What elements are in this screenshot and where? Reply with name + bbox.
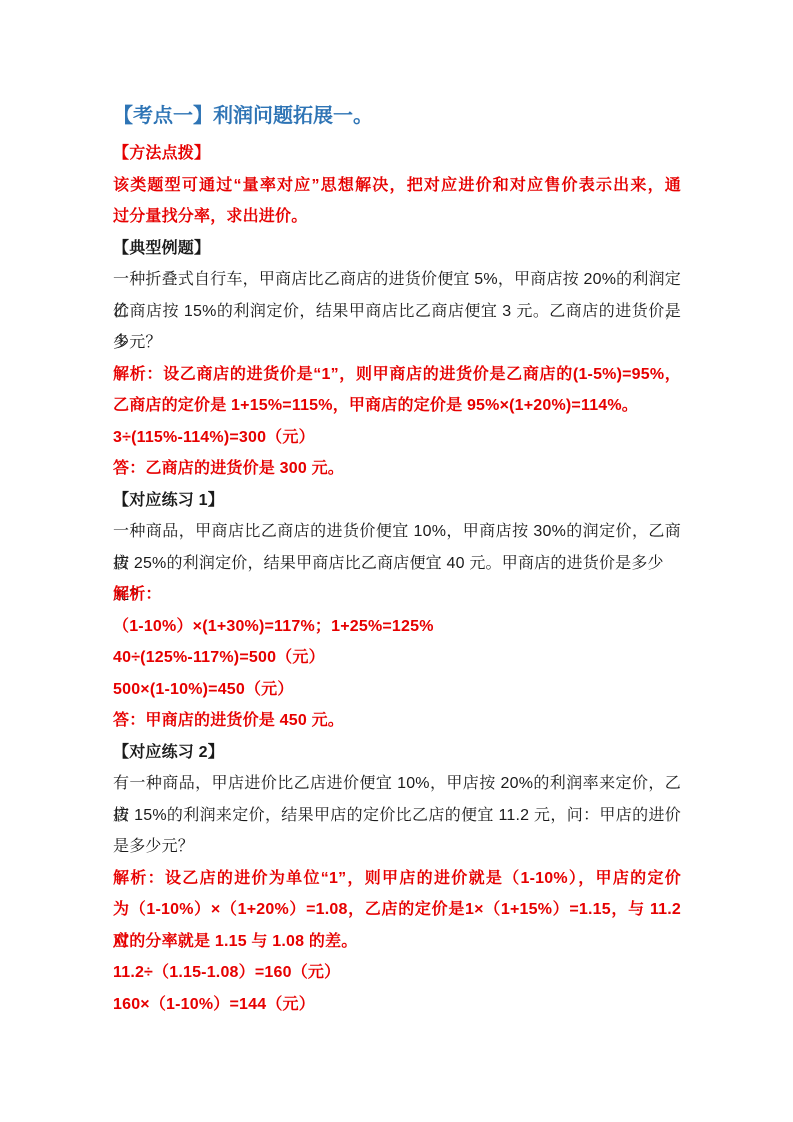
document-page: 【考点一】利润问题拓展一。 【方法点拨】 该类题型可通过“量率对应”思想解决，把… bbox=[0, 0, 793, 1122]
example-answer: 答：乙商店的进货价是 300 元。 bbox=[113, 453, 681, 485]
example-heading: 【典型例题】 bbox=[113, 233, 681, 265]
practice1-formula-2: 40÷(125%-117%)=500（元） bbox=[113, 642, 681, 674]
practice2-solution-line-2: 为（1-10%）×（1+20%）=1.08，乙店的定价是1×（1+15%）=1.… bbox=[113, 894, 681, 926]
practice2-heading: 【对应练习 2】 bbox=[113, 737, 681, 769]
practice1-problem-line-1: 一种商品，甲商店比乙商店的进货价便宜 10%，甲商店按 30%的润定价，乙商店 bbox=[113, 516, 681, 548]
example-problem-line-3: 少元？ bbox=[113, 327, 681, 359]
practice2-problem-line-1: 有一种商品，甲店进价比乙店进价便宜 10%，甲店按 20%的利润率来定价，乙店 bbox=[113, 768, 681, 800]
example-solution-line-1: 解析：设乙商店的进货价是“1”，则甲商店的进货价是乙商店的(1-5%)=95%， bbox=[113, 359, 681, 391]
practice2-formula-1: 11.2÷（1.15-1.08）=160（元） bbox=[113, 957, 681, 989]
example-problem-line-1: 一种折叠式自行车，甲商店比乙商店的进货价便宜 5%，甲商店按 20%的利润定价， bbox=[113, 264, 681, 296]
page-title: 【考点一】利润问题拓展一。 bbox=[113, 101, 681, 131]
practice1-formula-1: （1-10%）×(1+30%)=117%；1+25%=125% bbox=[113, 611, 681, 643]
practice2-solution-line-1: 解析：设乙店的进价为单位“1”，则甲店的进价就是（1-10%），甲店的定价 bbox=[113, 863, 681, 895]
method-tip-line-2: 过分量找分率，求出进价。 bbox=[113, 201, 681, 233]
practice2-formula-2: 160×（1-10%）=144（元） bbox=[113, 989, 681, 1021]
practice2-solution-line-3: 应的分率就是 1.15 与 1.08 的差。 bbox=[113, 926, 681, 958]
example-formula: 3÷(115%-114%)=300（元） bbox=[113, 422, 681, 454]
practice1-heading: 【对应练习 1】 bbox=[113, 485, 681, 517]
practice1-solution-label: 解析： bbox=[113, 579, 681, 611]
practice1-answer: 答：甲商店的进货价是 450 元。 bbox=[113, 705, 681, 737]
practice1-formula-3: 500×(1-10%)=450（元） bbox=[113, 674, 681, 706]
method-tip-line-1: 该类题型可通过“量率对应”思想解决，把对应进价和对应售价表示出来，通 bbox=[113, 170, 681, 202]
example-solution-line-2: 乙商店的定价是 1+15%=115%，甲商店的定价是 95%×(1+20%)=1… bbox=[113, 390, 681, 422]
document-body: 【考点一】利润问题拓展一。 【方法点拨】 该类题型可通过“量率对应”思想解决，把… bbox=[113, 101, 681, 1020]
practice1-problem-line-2: 按 25%的利润定价，结果甲商店比乙商店便宜 40 元。甲商店的进货价是多少元? bbox=[113, 548, 681, 580]
method-tip-heading: 【方法点拨】 bbox=[113, 138, 681, 170]
practice2-problem-line-2: 按 15%的利润来定价，结果甲店的定价比乙店的便宜 11.2 元，问：甲店的进价 bbox=[113, 800, 681, 832]
example-problem-line-2: 乙商店按 15%的利润定价，结果甲商店比乙商店便宜 3 元。乙商店的进货价是多 bbox=[113, 296, 681, 328]
practice2-problem-line-3: 是多少元？ bbox=[113, 831, 681, 863]
